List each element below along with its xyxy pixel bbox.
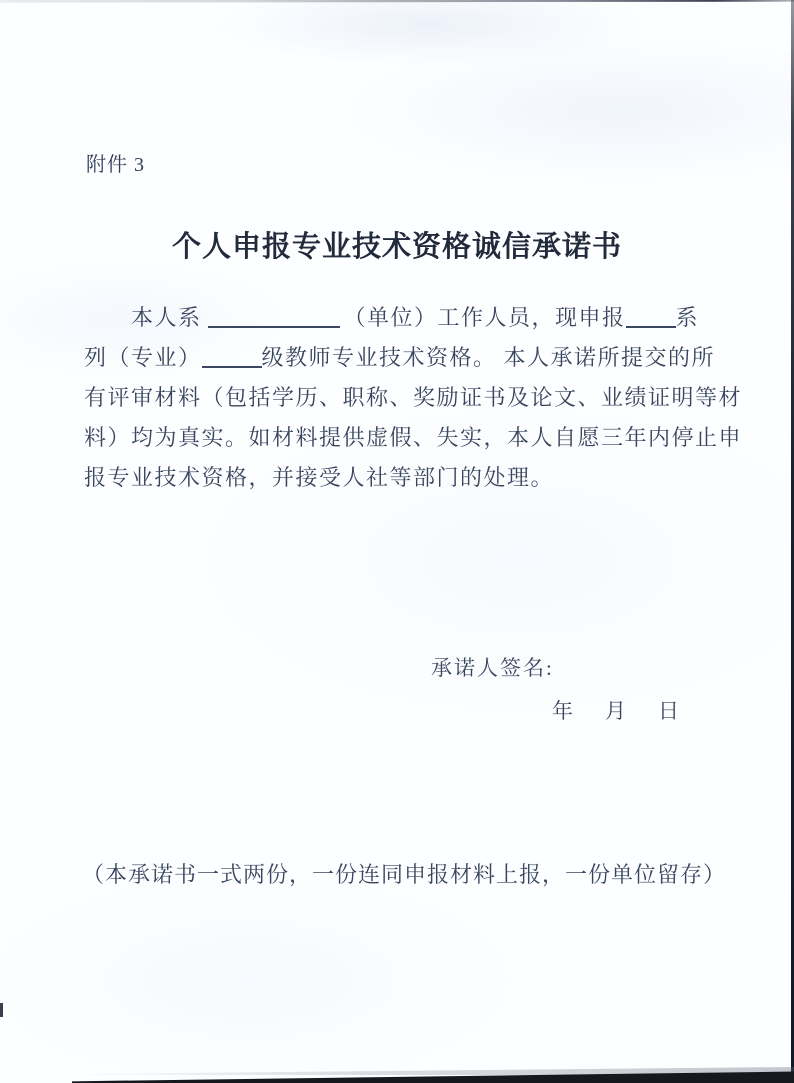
signature-label: 承诺人签名:	[431, 652, 554, 682]
body-line-2-text-b: 级教师专业技术资格。 本人承诺所提交的所	[262, 345, 716, 370]
body-line-5: 报专业技术资格，并接受人社等部门的处理。	[84, 458, 744, 498]
unit-blank-field	[208, 305, 340, 328]
year-label: 年	[552, 695, 573, 725]
body-line-2: 列（专业）级教师专业技术资格。 本人承诺所提交的所	[84, 338, 744, 378]
body-paragraph: 本人系（单位）工作人员，现申报系 列（专业）级教师专业技术资格。 本人承诺所提交…	[84, 298, 744, 498]
day-label: 日	[658, 695, 679, 725]
attachment-label: 附件 3	[86, 148, 145, 177]
body-line-1-text-b: （单位）工作人员，现申报	[344, 305, 626, 330]
month-label: 月	[605, 695, 626, 725]
scan-edge-left-tick	[0, 1003, 3, 1017]
body-line-2-text-a: 列（专业）	[84, 345, 202, 370]
series-blank-field	[626, 305, 676, 328]
scanned-document-page: 附件 3 个人申报专业技术资格诚信承诺书 本人系（单位）工作人员，现申报系 列（…	[0, 0, 794, 1083]
document-title: 个人申报专业技术资格诚信承诺书	[0, 224, 794, 265]
body-line-3: 有评审材料（包括学历、职称、奖励证书及论文、业绩证明等材	[84, 378, 744, 418]
body-line-4: 料）均为真实。如材料提供虚假、失实，本人自愿三年内停止申	[84, 418, 744, 458]
scan-edge-top	[0, 0, 794, 3]
body-line-1: 本人系（单位）工作人员，现申报系	[84, 298, 744, 338]
footer-note: （本承诺书一式两份，一份连同申报材料上报，一份单位留存）	[82, 858, 726, 889]
body-line-1-text-c: 系	[676, 305, 700, 330]
level-blank-field	[202, 345, 262, 368]
body-line-1-text-a: 本人系	[131, 305, 202, 330]
date-line: 年 月 日	[552, 695, 679, 725]
